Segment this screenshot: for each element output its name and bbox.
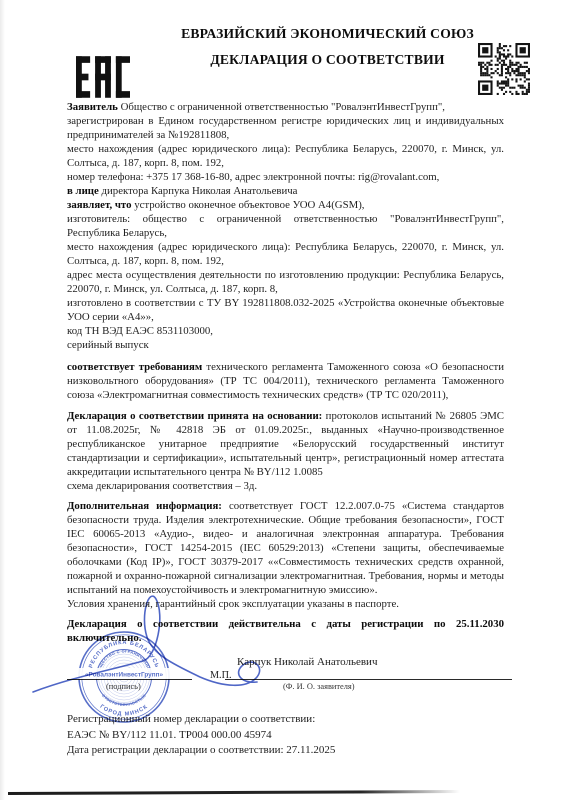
applicant-label: Заявитель [67, 101, 118, 113]
applicant-section: Заявитель Общество с ограниченной ответс… [67, 100, 504, 198]
compliance-line: соответствует требованиям технического р… [67, 360, 504, 402]
made-to-line: изготовлено в соответствии с ТУ BY 19281… [67, 296, 504, 324]
manufacturer-address-line: место нахождения (адрес юридического лиц… [67, 240, 504, 268]
device-name: устройство оконечное объектовое УОО А4(G… [134, 199, 364, 211]
person-label: в лице [67, 185, 99, 197]
eac-mark-icon [76, 54, 130, 100]
scan-edge-bottom [8, 790, 460, 795]
person-name: директора Карпука Николая Анатольевича [102, 185, 298, 197]
compliance-section: соответствует требованиям технического р… [67, 360, 504, 402]
basis-line: Декларация о соответствии принята на осн… [67, 409, 504, 479]
additional-label: Дополнительная информация: [67, 500, 222, 512]
applicant-registered-line: зарегистрирован в Едином государственном… [67, 114, 504, 142]
applicant-person-line: в лице директора Карпука Николая Анатоль… [67, 184, 504, 198]
union-title: ЕВРАЗИЙСКИЙ ЭКОНОМИЧЕСКИЙ СОЮЗ [140, 26, 515, 42]
additional-line: Дополнительная информация: соответствует… [67, 499, 504, 597]
document-title: ДЕКЛАРАЦИЯ О СООТВЕТСТВИИ [140, 52, 515, 68]
declaration-document: ЕВРАЗИЙСКИЙ ЭКОНОМИЧЕСКИЙ СОЮЗ ДЕКЛАРАЦИ… [0, 0, 566, 800]
applicant-name-line: Заявитель Общество с ограниченной ответс… [67, 100, 504, 114]
tnved-line: код ТН ВЭД ЕАЭС 8531103000, [67, 324, 504, 338]
production-address-line: адрес места осуществления деятельности п… [67, 268, 504, 296]
compliance-label: соответствует требованиям [67, 361, 202, 373]
qr-code-icon [478, 43, 530, 95]
declares-line: заявляет, что устройство оконечное объек… [67, 198, 504, 212]
serial-line: серийный выпуск [67, 338, 504, 352]
main-text-block: Заявитель Общество с ограниченной ответс… [67, 100, 504, 352]
applicant-address-line: место нахождения (адрес юридического лиц… [67, 142, 504, 170]
basis-section: Декларация о соответствии принята на осн… [67, 409, 504, 493]
declares-label: заявляет, что [67, 199, 132, 211]
basis-label: Декларация о соответствии принята на осн… [67, 410, 322, 422]
handwritten-signature [25, 585, 315, 700]
product-section: заявляет, что устройство оконечное объек… [67, 198, 504, 352]
manufacturer-line: изготовитель: общество с ограниченной от… [67, 212, 504, 240]
applicant-phone-line: номер телефона: +375 17 368-16-80, адрес… [67, 170, 504, 184]
additional-text: соответствует ГОСТ 12.2.007.0-75 «Систем… [67, 500, 504, 596]
scheme-line: схема декларирования соответствия – 3д. [67, 479, 504, 493]
applicant-name: Общество с ограниченной ответственностью… [121, 101, 445, 113]
scan-edge-left [0, 0, 5, 800]
